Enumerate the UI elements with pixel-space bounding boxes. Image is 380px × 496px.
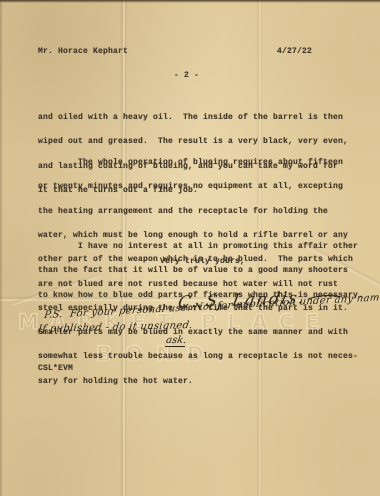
body-line: or twenty minutes and requires no equipm… — [38, 183, 358, 191]
body-line: the heating arrangement and the receptac… — [38, 208, 358, 216]
recipient-name: Mr. Horace Kephart — [38, 48, 128, 56]
page-left-edge-shadow — [0, 0, 3, 496]
body-line: sary for holding the hot water. — [38, 378, 358, 386]
letter-date: 4/27/22 — [277, 48, 312, 56]
body-line: and oiled with a heavy oil. The inside o… — [38, 114, 348, 122]
page-top-edge-shadow — [0, 0, 380, 3]
body-line: somewhat less trouble because as long a … — [38, 353, 358, 361]
letter-page: MARKET PLACE BOND. Mr. Horace Kephart 4/… — [0, 0, 380, 496]
typist-initials: CSL*EVM — [38, 365, 73, 373]
page-number: - 2 - — [174, 72, 199, 80]
closing-salutation: Very truly yours, — [160, 258, 245, 266]
body-line: I have no interest at all in promoting t… — [38, 243, 363, 251]
postscript-underlined-word: ask. — [165, 335, 187, 347]
body-line: The whole operation of blueing requires … — [38, 159, 358, 167]
